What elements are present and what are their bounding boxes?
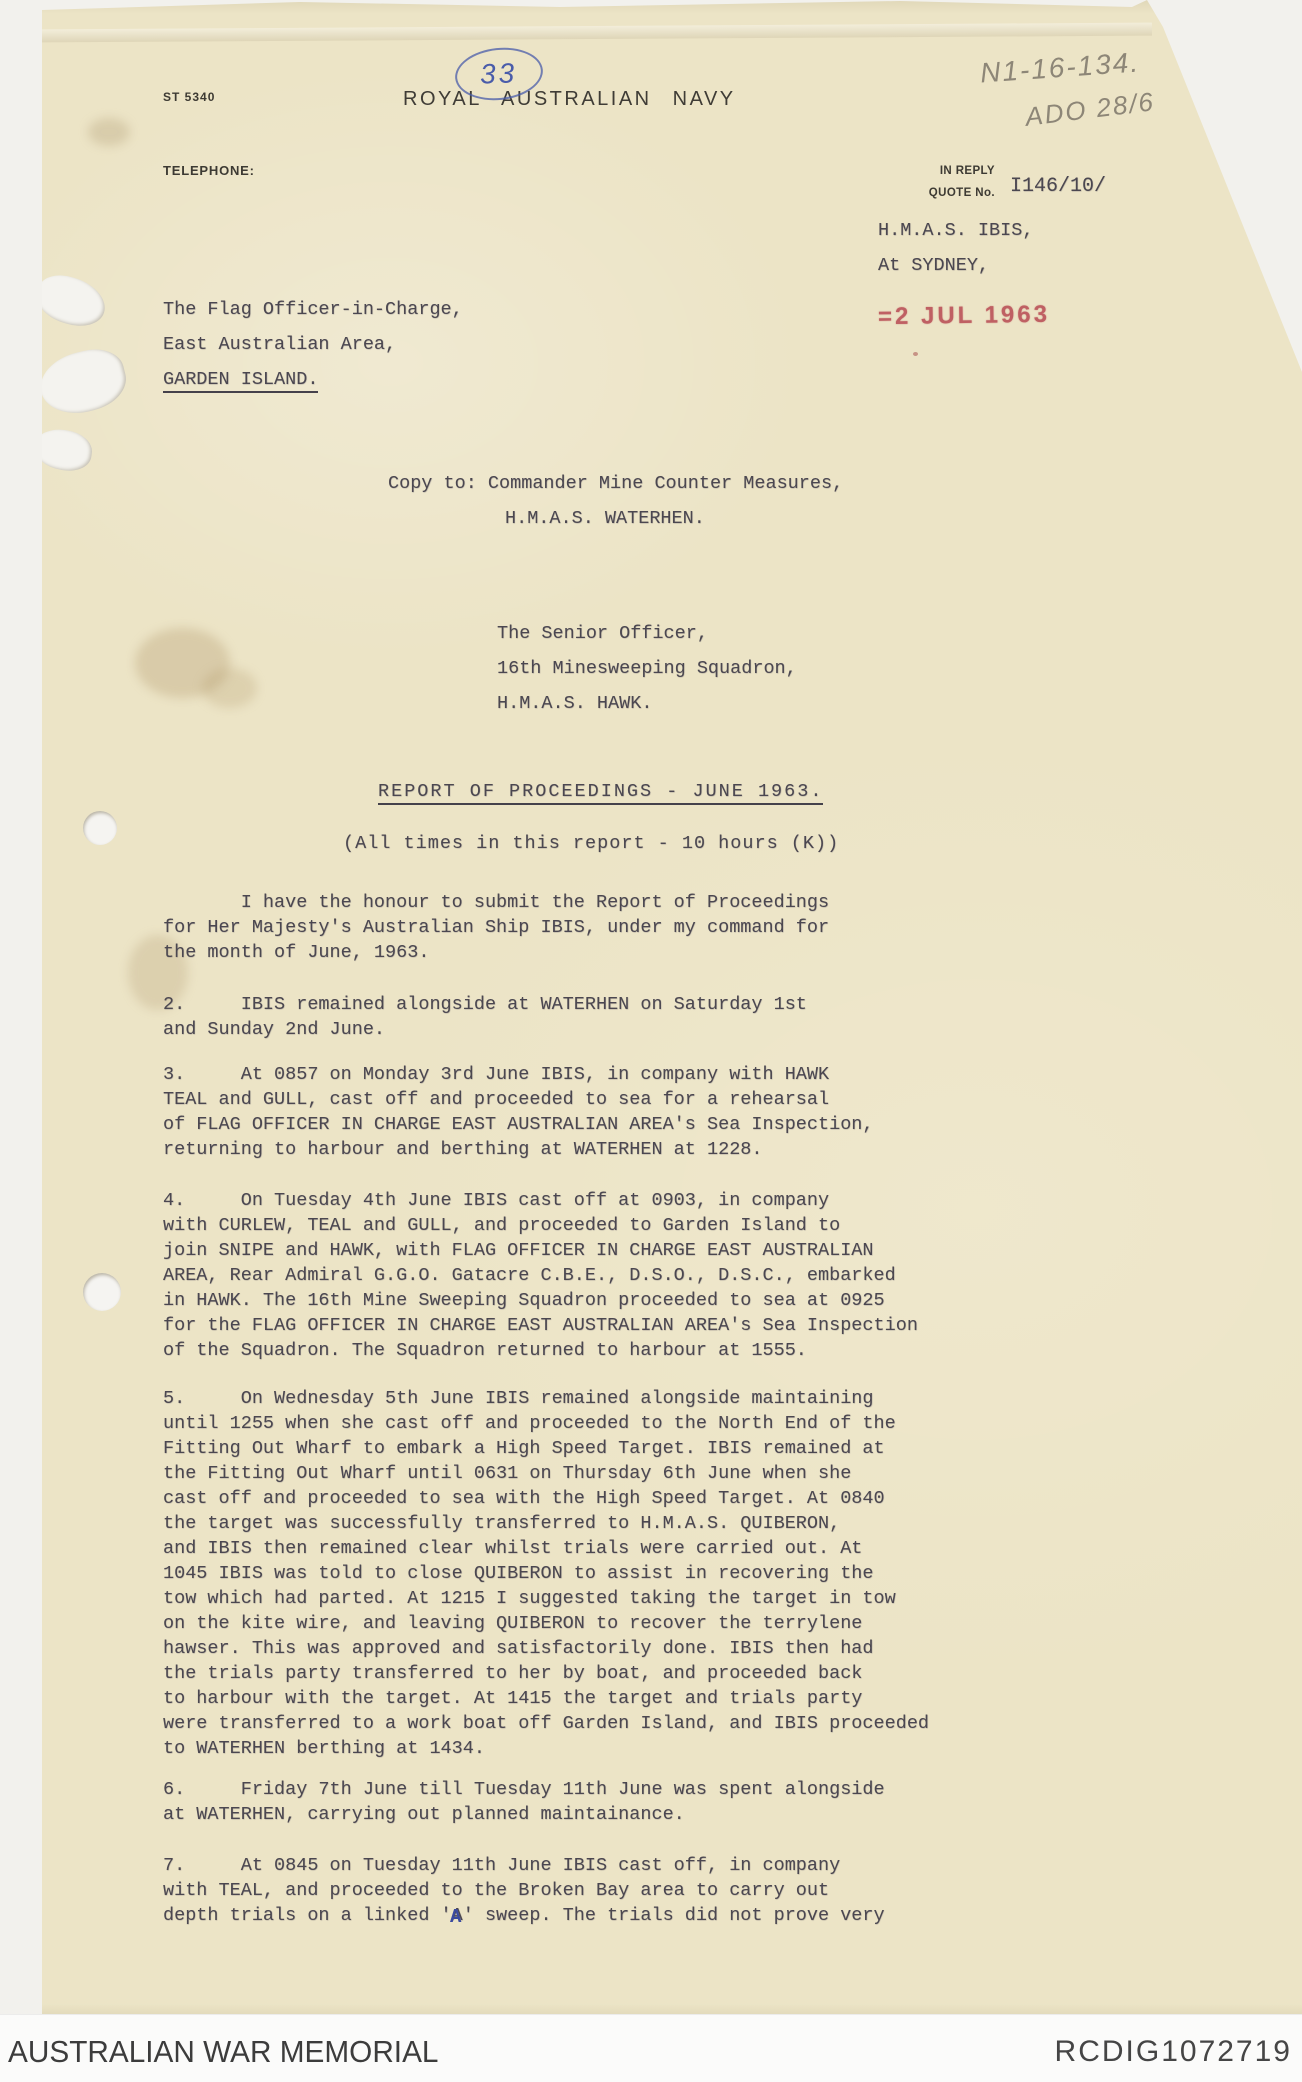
telephone-label: TELEPHONE: bbox=[163, 163, 255, 178]
archive-scan-page: ST 5340 ROYAL AUSTRALIAN NAVY TELEPHONE:… bbox=[0, 0, 1302, 2082]
paragraph-2: 2. IBIS remained alongside at WATERHEN o… bbox=[163, 992, 807, 1042]
in-reply-line1: IN REPLY bbox=[880, 160, 995, 182]
report-title: REPORT OF PROCEEDINGS - JUNE 1963. bbox=[378, 779, 823, 804]
paragraph-6: 6. Friday 7th June till Tuesday 11th Jun… bbox=[163, 1777, 885, 1827]
recipient-line1: The Flag Officer-in-Charge, bbox=[163, 292, 463, 327]
date-received-stamp: =2 JUL 1963 bbox=[878, 301, 1050, 331]
paper-fold-crease bbox=[42, 23, 1152, 43]
paper-tear bbox=[34, 342, 132, 421]
sender-location: At SYDNEY, bbox=[878, 248, 989, 283]
in-reply-quote-label: IN REPLY QUOTE No. bbox=[880, 160, 995, 204]
sender-ship: H.M.A.S. IBIS, bbox=[878, 213, 1033, 248]
paragraph-4: 4. On Tuesday 4th June IBIS cast off at … bbox=[163, 1188, 918, 1363]
paper-stain bbox=[88, 118, 130, 146]
paper-tear bbox=[31, 268, 112, 333]
letterhead-title: ROYAL AUSTRALIAN NAVY bbox=[403, 88, 736, 111]
paragraph-1: I have the honour to submit the Report o… bbox=[163, 890, 829, 965]
punch-hole-top bbox=[83, 811, 117, 845]
second-recipient-line1: The Senior Officer, bbox=[497, 616, 708, 651]
recipient-line2: East Australian Area, bbox=[163, 327, 396, 362]
report-title-text: REPORT OF PROCEEDINGS - JUNE 1963. bbox=[378, 781, 823, 805]
pencil-file-number: N1-16-134. bbox=[979, 46, 1141, 89]
archive-name: AUSTRALIAN WAR MEMORIAL bbox=[8, 2034, 438, 2070]
paragraph-3: 3. At 0857 on Monday 3rd June IBIS, in c… bbox=[163, 1062, 874, 1162]
copy-to-line1: Copy to: Commander Mine Counter Measures… bbox=[388, 466, 843, 501]
scanned-letter-paper: ST 5340 ROYAL AUSTRALIAN NAVY TELEPHONE:… bbox=[0, 0, 1302, 2016]
page-number-text: 33 bbox=[480, 57, 518, 90]
recipient-line3-text: GARDEN ISLAND. bbox=[163, 369, 318, 393]
form-number: ST 5340 bbox=[163, 90, 215, 104]
recipient-line3: GARDEN ISLAND. bbox=[163, 362, 318, 397]
in-reply-line2: QUOTE No. bbox=[880, 182, 995, 204]
second-recipient-line2: 16th Minesweeping Squadron, bbox=[497, 651, 797, 686]
paper-speck bbox=[913, 352, 918, 356]
paragraph-5: 5. On Wednesday 5th June IBIS remained a… bbox=[163, 1386, 929, 1761]
punch-hole-bottom bbox=[83, 1273, 121, 1311]
quote-number: I146/10/ bbox=[1010, 174, 1106, 199]
record-id: RCDIG1072719 bbox=[1055, 2035, 1292, 2069]
ink-correction-letter: A bbox=[450, 1906, 461, 1928]
paper-stain bbox=[202, 668, 257, 708]
paragraph-7: 7. At 0845 on Tuesday 11th June IBIS cas… bbox=[163, 1853, 885, 1928]
second-recipient-line3: H.M.A.S. HAWK. bbox=[497, 686, 652, 721]
paper-tear bbox=[31, 426, 94, 474]
pencil-reference: ADO 28/6 bbox=[1024, 86, 1157, 133]
report-subtitle: (All times in this report - 10 hours (K)… bbox=[343, 831, 839, 856]
copy-to-line2: H.M.A.S. WATERHEN. bbox=[505, 501, 705, 536]
archive-footer-bar: AUSTRALIAN WAR MEMORIAL RCDIG1072719 bbox=[0, 2014, 1302, 2082]
